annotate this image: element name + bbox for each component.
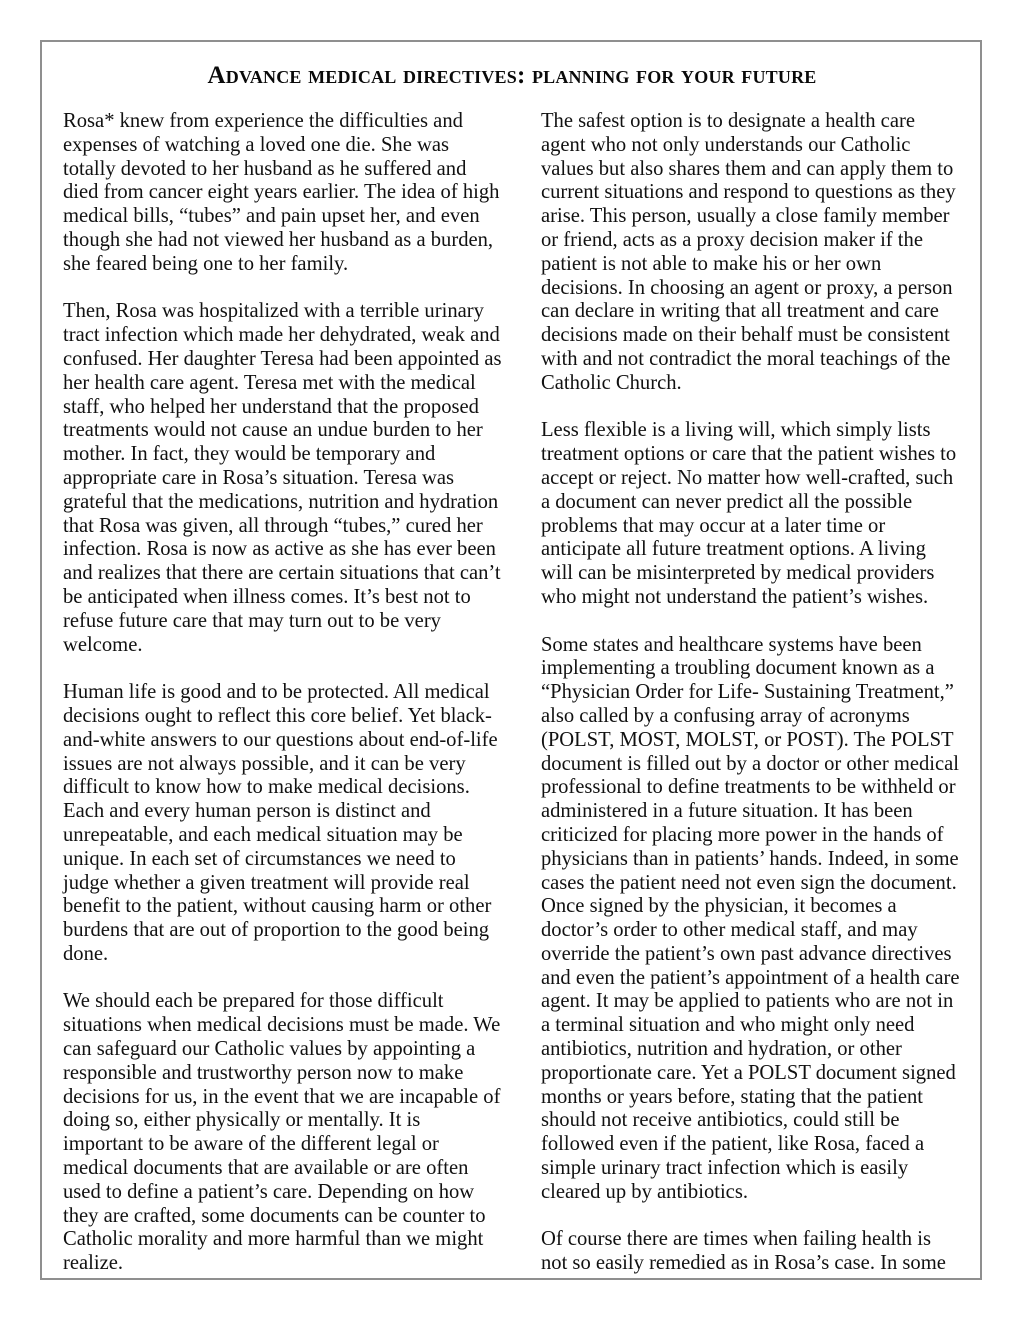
two-column-layout: Rosa* knew from experience the difficult…	[63, 110, 961, 1280]
paragraph: Less flexible is a living will, which si…	[541, 419, 961, 609]
paragraph: Some states and healthcare systems have …	[541, 634, 961, 1205]
page-title: Advance medical directives: planning for…	[63, 60, 961, 92]
document-page: Advance medical directives: planning for…	[40, 40, 982, 1280]
right-column: The safest option is to designate a heal…	[541, 110, 961, 1280]
paragraph: Human life is good and to be protected. …	[63, 681, 505, 967]
paragraph: Rosa* knew from experience the difficult…	[63, 110, 505, 277]
paragraph: Of course there are times when failing h…	[541, 1228, 961, 1280]
paragraph: We should each be prepared for those dif…	[63, 990, 505, 1276]
paragraph: The safest option is to designate a heal…	[541, 110, 961, 396]
paragraph: Then, Rosa was hospitalized with a terri…	[63, 300, 505, 657]
left-column: Rosa* knew from experience the difficult…	[63, 110, 505, 1280]
